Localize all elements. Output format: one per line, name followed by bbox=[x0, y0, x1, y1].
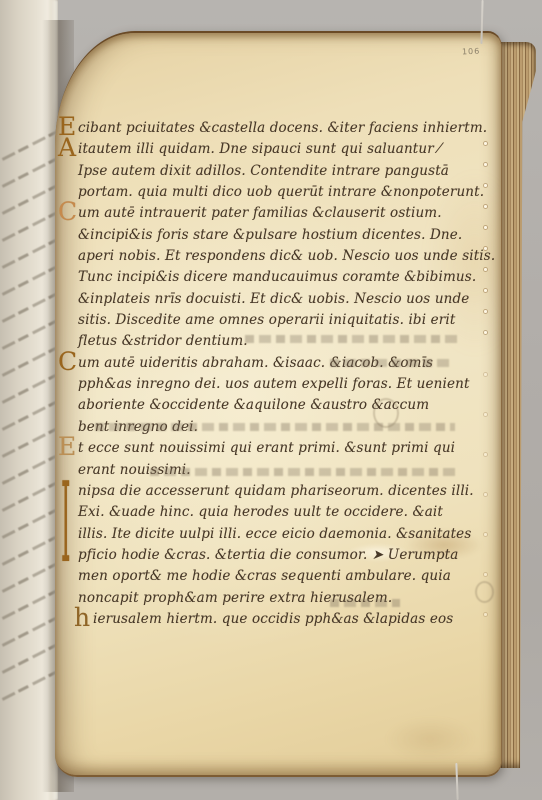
pricking-hole bbox=[484, 268, 487, 271]
folio-number: 106 bbox=[462, 47, 481, 57]
line-text: itautem illi quidam. Dne sipauci sunt qu… bbox=[78, 141, 441, 157]
line-text: Ipse autem dixit adillos. Contendite int… bbox=[78, 163, 449, 179]
illuminated-initial: I bbox=[61, 469, 71, 579]
pricking-hole bbox=[484, 226, 487, 229]
line-text: um autē intrauerit pater familias &claus… bbox=[78, 205, 442, 221]
line-text: illis. Ite dicite uulpi illi. ecce eicio… bbox=[78, 526, 471, 542]
pricking-hole bbox=[484, 205, 487, 208]
show-through-text bbox=[330, 359, 450, 367]
manuscript-page: 106 Ecibant pciuitates &castella docens.… bbox=[55, 31, 502, 777]
photograph-of-open-codex: 106 Ecibant pciuitates &castella docens.… bbox=[0, 0, 542, 800]
manuscript-line: sitis. Discedite ame omnes operarii iniq… bbox=[78, 310, 482, 331]
manuscript-line: illis. Ite dicite uulpi illi. ecce eicio… bbox=[78, 524, 482, 545]
manuscript-line: &incipi&is foris stare &pulsare hostium … bbox=[78, 225, 482, 246]
manuscript-line: Ipse autem dixit adillos. Contendite int… bbox=[78, 161, 482, 182]
line-text: fletus &stridor dentium. bbox=[78, 333, 248, 349]
line-text: cibant pciuitates &castella docens. &ite… bbox=[78, 120, 487, 136]
pricking-hole bbox=[484, 373, 487, 376]
pricking-hole bbox=[484, 331, 487, 334]
manuscript-line: men oport& me hodie &cras sequenti ambul… bbox=[78, 566, 482, 587]
illuminated-initial: h bbox=[74, 605, 90, 630]
pricking-hole bbox=[484, 289, 487, 292]
manuscript-line: Et ecce sunt nouissimi qui erant primi. … bbox=[78, 438, 482, 459]
manuscript-line: hierusalem hiertm. que occidis pph&as &l… bbox=[78, 609, 482, 630]
pricking-hole bbox=[484, 573, 487, 576]
illuminated-initial: C bbox=[58, 199, 77, 224]
manuscript-line: noncapit proph&am perire extra hierusale… bbox=[78, 588, 482, 609]
manuscript-line: Cum autē intrauerit pater familias &clau… bbox=[78, 203, 482, 224]
line-text: pficio hodie &cras. &tertia die consumor… bbox=[78, 547, 458, 563]
line-text: &inplateis nrīs docuisti. Et dic& uobis.… bbox=[78, 291, 469, 307]
line-text: Tunc incipi&is dicere manducauimus coram… bbox=[78, 269, 476, 285]
manuscript-line: pph&as inregno dei. uos autem expelli fo… bbox=[78, 374, 482, 395]
pricking-hole bbox=[484, 613, 487, 616]
illuminated-initial: E bbox=[58, 434, 76, 459]
show-through-initial bbox=[373, 398, 399, 428]
text-block: Ecibant pciuitates &castella docens. &it… bbox=[78, 118, 482, 630]
manuscript-line: Inipsa die accesserunt quidam phariseoru… bbox=[78, 481, 482, 502]
show-through-text bbox=[95, 423, 455, 431]
pricking-hole bbox=[484, 247, 487, 250]
illuminated-initial: C bbox=[58, 349, 77, 374]
manuscript-line: aperi nobis. Et respondens dic& uob. Nes… bbox=[78, 246, 482, 267]
line-text: sitis. Discedite ame omnes operarii iniq… bbox=[78, 312, 455, 328]
pricking-hole bbox=[484, 453, 487, 456]
line-text: men oport& me hodie &cras sequenti ambul… bbox=[78, 568, 451, 584]
pricking-hole bbox=[484, 184, 487, 187]
parchment-stain bbox=[385, 717, 475, 761]
show-through-text bbox=[330, 599, 400, 607]
manuscript-line: &inplateis nrīs docuisti. Et dic& uobis.… bbox=[78, 289, 482, 310]
line-text: ierusalem hiertm. que occidis pph&as &la… bbox=[93, 611, 453, 627]
manuscript-line: portam. quia multi dico uob querūt intra… bbox=[78, 182, 482, 203]
manuscript-line: Tunc incipi&is dicere manducauimus coram… bbox=[78, 267, 482, 288]
pricking-hole bbox=[484, 163, 487, 166]
manuscript-line: aboriente &occidente &aquilone &austro &… bbox=[78, 395, 482, 416]
show-through-text bbox=[150, 468, 460, 476]
line-text: nipsa die accesserunt quidam phariseorum… bbox=[78, 483, 474, 499]
manuscript-line: pficio hodie &cras. &tertia die consumor… bbox=[78, 545, 482, 566]
pricking-hole bbox=[484, 533, 487, 536]
line-text: Exi. &uade hinc. quia herodes uult te oc… bbox=[78, 504, 443, 520]
line-text: &incipi&is foris stare &pulsare hostium … bbox=[78, 227, 462, 243]
pricking-hole bbox=[484, 310, 487, 313]
line-text: t ecce sunt nouissimi qui erant primi. &… bbox=[78, 440, 455, 456]
pricking-hole bbox=[484, 413, 487, 416]
pricking-hole bbox=[484, 142, 487, 145]
pricking-hole bbox=[484, 493, 487, 496]
show-through-initial bbox=[475, 581, 494, 603]
manuscript-line: Aitautem illi quidam. Dne sipauci sunt q… bbox=[78, 139, 482, 160]
line-text: aperi nobis. Et respondens dic& uob. Nes… bbox=[78, 248, 495, 264]
manuscript-line: Exi. &uade hinc. quia herodes uult te oc… bbox=[78, 502, 482, 523]
line-text: pph&as inregno dei. uos autem expelli fo… bbox=[78, 376, 470, 392]
manuscript-line: Ecibant pciuitates &castella docens. &it… bbox=[78, 118, 482, 139]
illuminated-initial: A bbox=[58, 135, 76, 160]
page-stack-fore-edge bbox=[498, 42, 536, 768]
line-text: portam. quia multi dico uob querūt intra… bbox=[78, 184, 484, 200]
show-through-text bbox=[245, 335, 460, 343]
